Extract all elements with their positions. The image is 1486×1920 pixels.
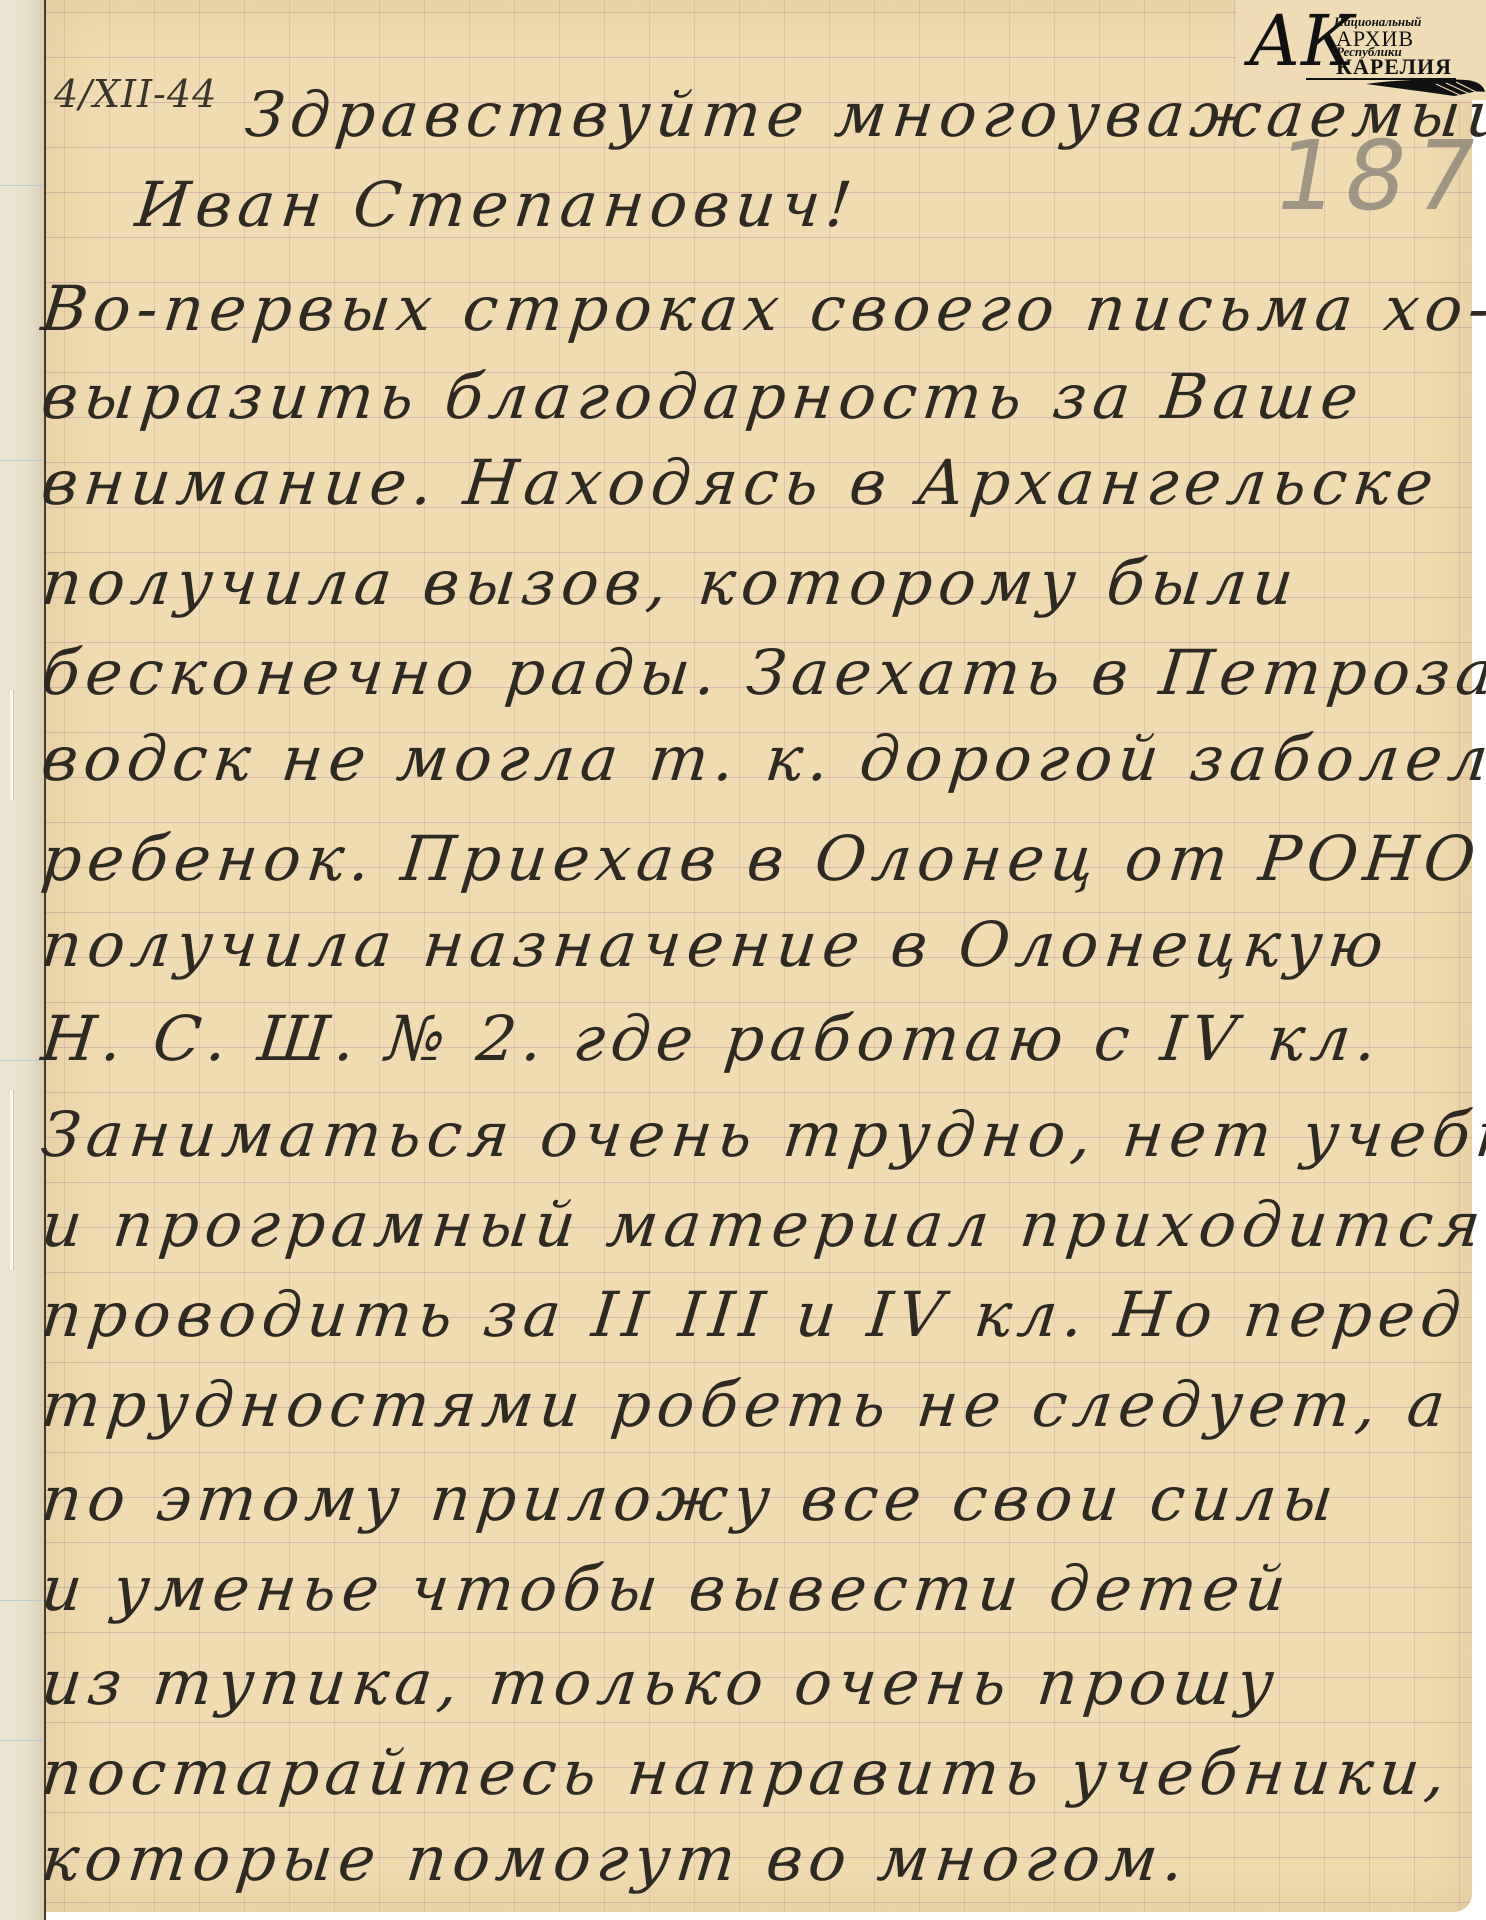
quill-feather-icon xyxy=(1366,76,1486,102)
letter-line: водск не могла т. к. дорогой заболел xyxy=(38,722,1486,795)
letter-line: бесконечно рады. Заехать в Петроза- xyxy=(38,636,1486,709)
binding-rule xyxy=(0,460,44,461)
letter-line: Во-первых строках своего письма хо- xyxy=(38,272,1486,345)
binding-rule xyxy=(0,1060,44,1061)
letter-line: постарайтесь направить учебники, xyxy=(38,1736,1455,1809)
archive-logo: АК Национальный АРХИВ Республики КАРЕЛИЯ xyxy=(1236,0,1486,100)
letter-line: из тупика, только очень прошу xyxy=(38,1646,1283,1719)
folio-number: 187 xyxy=(1266,120,1486,232)
letter-line: Заниматься очень трудно, нет учебника xyxy=(38,1098,1486,1171)
letter-line: Иван Степанович! xyxy=(132,168,861,241)
letter-line: ребенок. Приехав в Олонец от РОНО xyxy=(38,822,1485,895)
binding-rule xyxy=(0,185,44,186)
letter-page: 4/XII-44 Здравствуйте многоуважаемый Ива… xyxy=(46,0,1472,1912)
binding-rule xyxy=(0,1740,44,1741)
letter-line: которые помогут во многом. xyxy=(38,1822,1193,1895)
letter-line: получила назначение в Олонецкую xyxy=(38,908,1393,981)
letter-line: получила вызов, которому были xyxy=(38,546,1303,619)
letter-line: и уменье чтобы вывести детей xyxy=(38,1552,1295,1625)
letter-line: и програмный материал приходится xyxy=(38,1188,1486,1261)
letter-line: внимание. Находясь в Архангельске xyxy=(38,446,1443,519)
binding-thread xyxy=(10,1090,13,1270)
binding-thread xyxy=(10,690,13,800)
letter-line: проводить за II III и IV кл. Но перед xyxy=(38,1278,1470,1351)
date-annotation: 4/XII-44 xyxy=(54,72,217,116)
binding-rule xyxy=(0,1600,44,1601)
letter-line: выразить благодарность за Ваше xyxy=(38,360,1367,433)
notebook-binding xyxy=(0,0,46,1920)
letter-line: трудностями робеть не следует, а xyxy=(38,1368,1454,1441)
letter-line: по этому приложу все свои силы xyxy=(38,1462,1343,1535)
letter-line: Н. С. Ш. № 2. где работаю с IV кл. xyxy=(38,1002,1386,1075)
